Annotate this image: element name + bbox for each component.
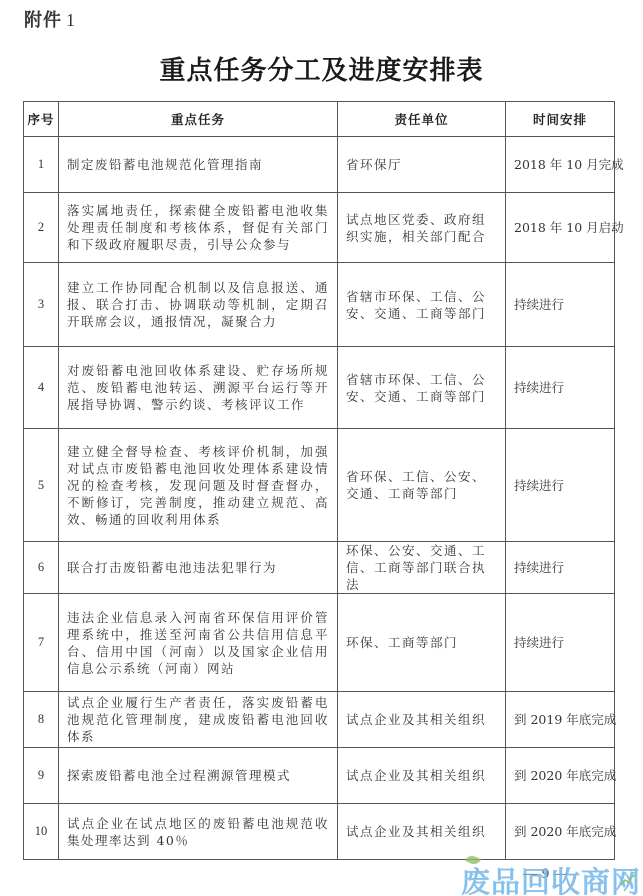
cell-task: 试点企业履行生产者责任，落实废铅蓄电池规范化管理制度，建成废铅蓄电池回收体系	[59, 692, 338, 748]
table-row: 7 违法企业信息录入河南省环保信用评价管理系统中，推送至河南省公共信用信息平台、…	[24, 594, 615, 692]
cell-unit: 环保、公安、交通、工信、工商等部门联合执法	[338, 542, 506, 594]
cell-task: 违法企业信息录入河南省环保信用评价管理系统中，推送至河南省公共信用信息平台、信用…	[59, 594, 338, 692]
cell-task: 制定废铅蓄电池规范化管理指南	[59, 137, 338, 193]
header-seq: 序号	[24, 102, 59, 137]
cell-seq: 4	[24, 347, 59, 429]
cell-seq: 8	[24, 692, 59, 748]
cell-unit: 省环保、工信、公安、交通、工商等部门	[338, 429, 506, 542]
cell-unit: 试点企业及其相关组织	[338, 804, 506, 860]
cell-time: 持续进行	[506, 263, 615, 347]
cell-seq: 5	[24, 429, 59, 542]
document-title: 重点任务分工及进度安排表	[0, 50, 643, 87]
cell-time: 持续进行	[506, 429, 615, 542]
cell-seq: 10	[24, 804, 59, 860]
cell-time: 到 2019 年底完成	[506, 692, 615, 748]
cell-seq: 6	[24, 542, 59, 594]
table-row: 9 探索废铅蓄电池全过程溯源管理模式 试点企业及其相关组织 到 2020 年底完…	[24, 748, 615, 804]
cell-unit: 省辖市环保、工信、公安、交通、工商等部门	[338, 347, 506, 429]
cell-unit: 试点地区党委、政府组织实施，相关部门配合	[338, 193, 506, 263]
attachment-number: 1	[66, 10, 76, 30]
watermark-logo: 废品回收商网	[461, 860, 641, 896]
cell-task: 探索废铅蓄电池全过程溯源管理模式	[59, 748, 338, 804]
trend-chart-icon	[620, 874, 636, 886]
cell-seq: 3	[24, 263, 59, 347]
cell-seq: 2	[24, 193, 59, 263]
table-row: 3 建立工作协同配合机制以及信息报送、通报、联合打击、协调联动等机制，定期召开联…	[24, 263, 615, 347]
table-row: 4 对废铅蓄电池回收体系建设、贮存场所规范、废铅蓄电池转运、溯源平台运行等开展指…	[24, 347, 615, 429]
cell-task: 建立工作协同配合机制以及信息报送、通报、联合打击、协调联动等机制，定期召开联席会…	[59, 263, 338, 347]
cell-time: 2018 年 10 月完成	[506, 137, 615, 193]
header-time: 时间安排	[506, 102, 615, 137]
cell-task: 联合打击废铅蓄电池违法犯罪行为	[59, 542, 338, 594]
attachment-label: 附件1	[24, 6, 76, 32]
cell-unit: 省辖市环保、工信、公安、交通、工商等部门	[338, 263, 506, 347]
cell-unit: 试点企业及其相关组织	[338, 692, 506, 748]
cell-task: 试点企业在试点地区的废铅蓄电池规范收集处理率达到 40％	[59, 804, 338, 860]
cell-unit: 环保、工商等部门	[338, 594, 506, 692]
cell-time: 持续进行	[506, 347, 615, 429]
table-row: 8 试点企业履行生产者责任，落实废铅蓄电池规范化管理制度，建成废铅蓄电池回收体系…	[24, 692, 615, 748]
cell-task: 落实属地责任，探索健全废铅蓄电池收集处理责任制度和考核体系，督促有关部门和下级政…	[59, 193, 338, 263]
table-row: 2 落实属地责任，探索健全废铅蓄电池收集处理责任制度和考核体系，督促有关部门和下…	[24, 193, 615, 263]
cell-unit: 试点企业及其相关组织	[338, 748, 506, 804]
cell-unit: 省环保厅	[338, 137, 506, 193]
cell-task: 建立健全督导检查、考核评价机制，加强对试点市废铅蓄电池回收处理体系建设情况的检查…	[59, 429, 338, 542]
cell-seq: 7	[24, 594, 59, 692]
cell-seq: 9	[24, 748, 59, 804]
cell-seq: 1	[24, 137, 59, 193]
cell-time: 持续进行	[506, 594, 615, 692]
attachment-label-text: 附件	[24, 10, 62, 31]
table-row: 10 试点企业在试点地区的废铅蓄电池规范收集处理率达到 40％ 试点企业及其相关…	[24, 804, 615, 860]
cell-time: 到 2020 年底完成	[506, 804, 615, 860]
cell-task: 对废铅蓄电池回收体系建设、贮存场所规范、废铅蓄电池转运、溯源平台运行等开展指导协…	[59, 347, 338, 429]
table-row: 1 制定废铅蓄电池规范化管理指南 省环保厅 2018 年 10 月完成	[24, 137, 615, 193]
cell-time: 到 2020 年底完成	[506, 748, 615, 804]
cell-time: 2018 年 10 月启动	[506, 193, 615, 263]
table-row: 6 联合打击废铅蓄电池违法犯罪行为 环保、公安、交通、工信、工商等部门联合执法 …	[24, 542, 615, 594]
header-unit: 责任单位	[338, 102, 506, 137]
table-header-row: 序号 重点任务 责任单位 时间安排	[24, 102, 615, 137]
table-row: 5 建立健全督导检查、考核评价机制，加强对试点市废铅蓄电池回收处理体系建设情况的…	[24, 429, 615, 542]
task-schedule-table: 序号 重点任务 责任单位 时间安排 1 制定废铅蓄电池规范化管理指南 省环保厅 …	[23, 101, 615, 860]
header-task: 重点任务	[59, 102, 338, 137]
cell-time: 持续进行	[506, 542, 615, 594]
